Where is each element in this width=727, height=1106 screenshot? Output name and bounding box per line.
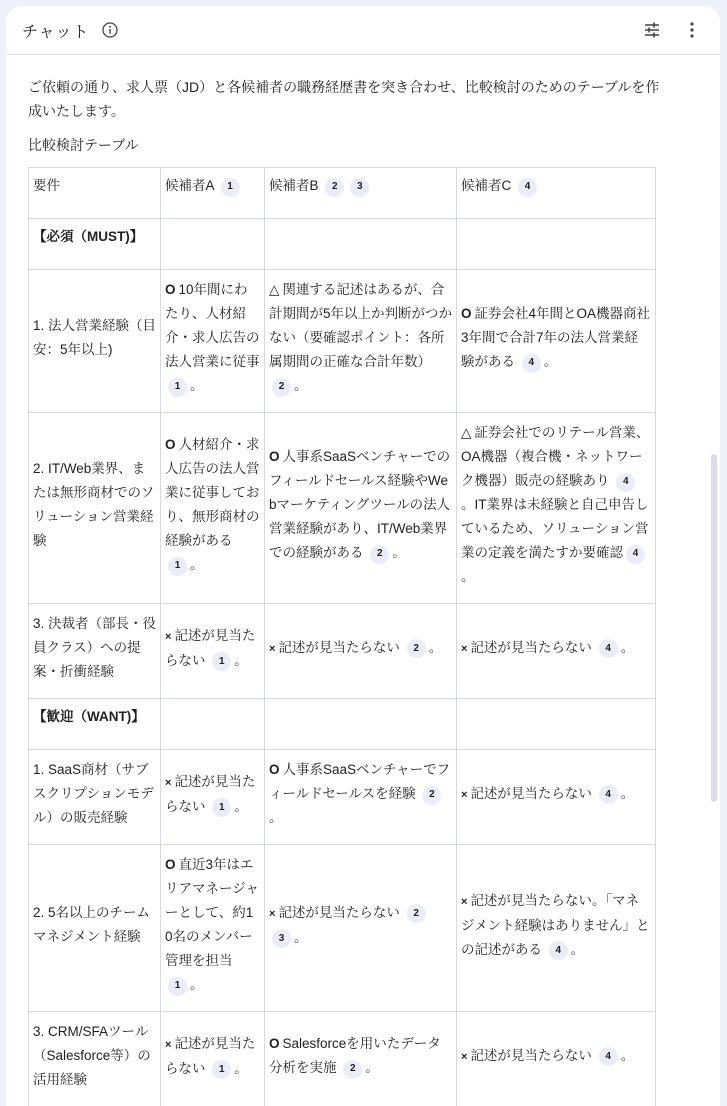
evaluation-text: 記述が見当たらない [470, 640, 595, 655]
empty-cell [457, 219, 656, 270]
citation-badge[interactable]: 1 [212, 798, 231, 817]
punctuation: 。 [544, 354, 558, 369]
evaluation-cell: △証券会社でのリテール営業、OA機器（複合機・ネットワーク機器）販売の経験あり … [457, 413, 656, 604]
table-row: 1. SaaS商材（サブスクリプションモデル）の販売経験×記述が見当たらない 1… [29, 750, 656, 845]
cross-mark: × [165, 1039, 171, 1051]
citation-badge[interactable]: 1 [212, 1060, 231, 1079]
evaluation-text: 10年間にわたり、人材紹介・求人広告の法人営業に従事 [165, 282, 260, 369]
empty-cell [265, 699, 457, 750]
more-vert-icon[interactable] [680, 18, 704, 42]
requirement-cell: 2. 5名以上のチームマネジメント経験 [29, 845, 161, 1012]
empty-cell [161, 699, 265, 750]
evaluation-cell: ×記述が見当たらない 1。 [161, 604, 265, 699]
evaluation-cell: ×記述が見当たらない 1。 [161, 1012, 265, 1093]
table-row: 2. IT/Web業界、または無形商材でのソリューション営業経験O人材紹介・求人… [29, 413, 656, 604]
section-label: 【歓迎（WANT)】 [33, 709, 145, 724]
table-row: 2. 5名以上のチームマネジメント経験O直近3年はエリアマネージャーとして、約1… [29, 845, 656, 1012]
citation-badge[interactable]: 4 [522, 354, 541, 373]
citation-badge[interactable]: 2 [407, 904, 426, 923]
citation-badge[interactable]: 4 [599, 639, 618, 658]
message-intro: ご依頼の通り、求人票（JD）と各候補者の職務経歴書を突き合わせ、比較検討のための… [28, 75, 668, 123]
evaluation-text: 人事系SaaSベンチャーでのフィールドセールス経験やWebマーケティングツールの… [269, 449, 450, 560]
section-label: 【必須（MUST)】 [33, 229, 143, 244]
section-cell: 【必須（MUST)】 [29, 219, 161, 270]
check-circle-mark: O [269, 449, 280, 464]
citation-badge[interactable]: 2 [422, 786, 441, 805]
check-circle-mark: O [165, 437, 176, 452]
evaluation-cell: O10年間にわたり、人材紹介・求人広告の法人営業に従事 1。 [161, 270, 265, 413]
evaluation-cell: O人事系SaaSベンチャーでのフィールドセールス経験やWebマーケティングツール… [265, 413, 457, 604]
column-header-candidate: 候補者A 1 [161, 168, 265, 219]
comparison-table: 要件候補者A 1候補者B 23候補者C 4【必須（MUST)】1. 法人営業経験… [28, 167, 656, 1092]
citation-badge[interactable]: 2 [370, 545, 389, 564]
citation-badge[interactable]: 2 [325, 178, 344, 197]
citation-badge[interactable]: 4 [518, 178, 537, 197]
citation-badge[interactable]: 4 [626, 545, 645, 564]
citation-badge[interactable]: 2 [407, 639, 426, 658]
citation-badge[interactable]: 4 [599, 1047, 618, 1066]
citation-badge[interactable]: 4 [616, 473, 635, 492]
section-row: 【必須（MUST)】 [29, 219, 656, 270]
citation-badge[interactable]: 3 [350, 178, 369, 197]
requirement-cell: 1. SaaS商材（サブスクリプションモデル）の販売経験 [29, 750, 161, 845]
requirement-cell: 3. CRM/SFAツール（Salesforce等）の活用経験 [29, 1012, 161, 1093]
punctuation: 。 [621, 786, 635, 801]
column-header-label: 要件 [33, 178, 60, 193]
evaluation-cell: ×記述が見当たらない 1。 [161, 750, 265, 845]
cross-mark: × [165, 777, 171, 789]
citation-badge[interactable]: 4 [549, 941, 568, 960]
punctuation: 。 [234, 653, 248, 668]
evaluation-text: 直近3年はエリアマネージャーとして、約10名のメンバー管理を担当 [165, 857, 259, 968]
citation-badge[interactable]: 2 [272, 378, 291, 397]
citation-badge[interactable]: 1 [168, 977, 187, 996]
punctuation: 。 [461, 569, 475, 584]
evaluation-cell: ×記述が見当たらない 23。 [265, 845, 457, 1012]
column-header-label: 候補者A [165, 178, 214, 193]
evaluation-text: 記述が見当たらない [470, 786, 595, 801]
evaluation-cell: ×記述が見当たらない 4。 [457, 750, 656, 845]
evaluation-cell: △関連する記述はあるが、合計期間が5年以上か判断がつかない（要確認ポイント：各所… [265, 270, 457, 413]
column-header-requirement: 要件 [29, 168, 161, 219]
citation-badge[interactable]: 3 [272, 929, 291, 948]
evaluation-cell: ×記述が見当たらない 4。 [457, 1012, 656, 1093]
section-cell: 【歓迎（WANT)】 [29, 699, 161, 750]
punctuation: 。 [365, 1060, 379, 1075]
punctuation: 。 [190, 378, 204, 393]
empty-cell [265, 219, 457, 270]
empty-cell [457, 699, 656, 750]
citation-badge[interactable]: 1 [212, 652, 231, 671]
triangle-mark: △ [461, 425, 471, 440]
table-row: 3. 決裁者（部長・役員クラス）への提案・折衝経験×記述が見当たらない 1。×記… [29, 604, 656, 699]
citation-badge[interactable]: 2 [343, 1060, 362, 1079]
citation-badge[interactable]: 1 [168, 557, 187, 576]
info-icon[interactable] [102, 22, 118, 38]
table-row: 3. CRM/SFAツール（Salesforce等）の活用経験×記述が見当たらな… [29, 1012, 656, 1093]
cross-mark: × [269, 643, 275, 655]
check-circle-mark: O [165, 282, 176, 297]
punctuation: 。 [190, 977, 204, 992]
chat-title: チャット [22, 19, 90, 42]
scrollbar[interactable] [711, 454, 717, 802]
table-row: 1. 法人営業経験（目安：5年以上)O10年間にわたり、人材紹介・求人広告の法人… [29, 270, 656, 413]
cross-mark: × [461, 643, 467, 655]
column-header-candidate: 候補者C 4 [457, 168, 656, 219]
requirement-cell: 2. IT/Web業界、または無形商材でのソリューション営業経験 [29, 413, 161, 604]
triangle-mark: △ [269, 282, 279, 297]
punctuation: 。 [269, 810, 283, 825]
evaluation-cell: ×記述が見当たらない 4。 [457, 604, 656, 699]
cross-mark: × [461, 1051, 467, 1063]
section-row: 【歓迎（WANT)】 [29, 699, 656, 750]
evaluation-cell: OSalesforceを用いたデータ分析を実施 2。 [265, 1012, 457, 1093]
evaluation-cell: O直近3年はエリアマネージャーとして、約10名のメンバー管理を担当 1。 [161, 845, 265, 1012]
requirement-cell: 1. 法人営業経験（目安：5年以上) [29, 270, 161, 413]
evaluation-cell: O人事系SaaSベンチャーでフィールドセールスを経験 2。 [265, 750, 457, 845]
column-header-label: 候補者B [269, 178, 319, 193]
citation-badge[interactable]: 1 [168, 378, 187, 397]
evaluation-cell: O人材紹介・求人広告の法人営業に従事しており、無形商材の経験がある 1。 [161, 413, 265, 604]
punctuation: 。 [621, 640, 635, 655]
evaluation-cell: O証券会社4年間とOA機器商社3年間で合計7年の法人営業経験がある 4。 [457, 270, 656, 413]
punctuation: 。 [190, 557, 204, 572]
evaluation-cell: ×記述が見当たらない 2。 [265, 604, 457, 699]
check-circle-mark: O [461, 306, 472, 321]
chat-content: ご依頼の通り、求人票（JD）と各候補者の職務経歴書を突き合わせ、比較検討のための… [6, 55, 720, 1092]
citation-badge[interactable]: 1 [221, 178, 240, 197]
evaluation-text: 人材紹介・求人広告の法人営業に従事しており、無形商材の経験がある [165, 437, 260, 548]
tune-icon[interactable] [640, 18, 664, 42]
empty-cell [161, 219, 265, 270]
cross-mark: × [461, 896, 467, 908]
evaluation-text: 関連する記述はあるが、合計期間が5年以上か判断がつかない（要確認ポイント：各所属… [269, 282, 452, 369]
punctuation: 。 [392, 545, 406, 560]
evaluation-text: 記述が見当たらない [278, 640, 403, 655]
chat-header: チャット [6, 6, 720, 55]
table-title: 比較検討テーブル [28, 133, 698, 157]
cross-mark: × [165, 631, 171, 643]
check-circle-mark: O [165, 857, 176, 872]
punctuation: 。 [621, 1048, 635, 1063]
evaluation-text: 記述が見当たらない [470, 1048, 595, 1063]
evaluation-cell: ×記述が見当たらない。「マネジメント経験はありません」との記述がある 4。 [457, 845, 656, 1012]
cross-mark: × [269, 908, 275, 920]
requirement-cell: 3. 決裁者（部長・役員クラス）への提案・折衝経験 [29, 604, 161, 699]
punctuation: 。 [571, 942, 585, 957]
column-header-label: 候補者C [461, 178, 511, 193]
punctuation: 。IT業界は未経験と自己申告しているため、ソリューション営業の定義を満たすか要確… [461, 497, 649, 560]
citation-badge[interactable]: 4 [599, 785, 618, 804]
cross-mark: × [461, 789, 467, 801]
punctuation: 。 [234, 1061, 248, 1076]
punctuation: 。 [429, 640, 443, 655]
punctuation: 。 [294, 930, 308, 945]
table-header-row: 要件候補者A 1候補者B 23候補者C 4 [29, 168, 656, 219]
punctuation: 。 [234, 799, 248, 814]
check-circle-mark: O [269, 1036, 280, 1051]
check-circle-mark: O [269, 762, 280, 777]
column-header-candidate: 候補者B 23 [265, 168, 457, 219]
punctuation: 。 [294, 378, 308, 393]
chat-panel: チャット ご依頼の通り、求人票（JD）と各候補者の職務経歴書を突き合わせ、比較検… [6, 6, 720, 1092]
evaluation-text: 記述が見当たらない [278, 905, 403, 920]
